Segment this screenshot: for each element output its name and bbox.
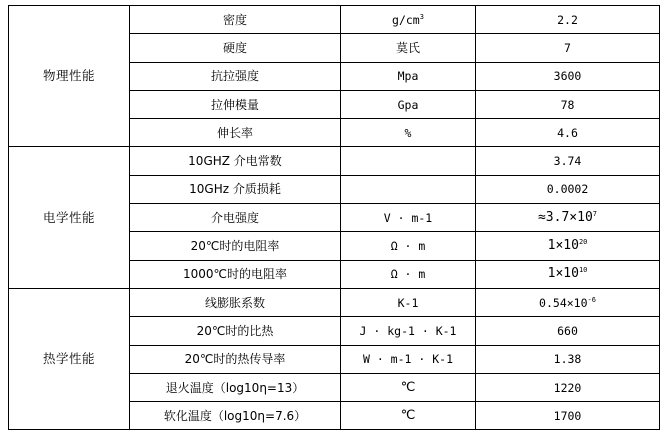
- value-text: 1.38: [554, 352, 582, 366]
- value-cell: 1220: [476, 373, 660, 401]
- value-text: 1×10: [548, 266, 579, 281]
- property-cell: 线膨胀系数: [130, 288, 341, 316]
- value-cell: 1×1020: [476, 232, 660, 260]
- value-cell: 7: [476, 34, 660, 62]
- unit-text: ℃: [401, 380, 416, 395]
- value-text: ≈3.7×10: [538, 210, 593, 225]
- value-text: 0.0002: [547, 182, 589, 196]
- unit-text: 莫氏: [396, 41, 420, 55]
- property-cell: 伸长率: [130, 119, 341, 147]
- unit-text: Ω · m: [391, 239, 426, 253]
- unit-cell: g/cm3: [341, 6, 476, 34]
- unit-cell: Gpa: [341, 90, 476, 118]
- value-cell: 1700: [476, 402, 660, 430]
- value-cell: 0.54×10-6: [476, 288, 660, 316]
- value-text: 1×10: [548, 238, 579, 253]
- unit-cell: [341, 175, 476, 203]
- value-text: 1220: [554, 381, 582, 395]
- unit-cell: 莫氏: [341, 34, 476, 62]
- value-text: 3.74: [554, 154, 582, 168]
- value-text: 4.6: [557, 126, 578, 140]
- unit-cell: W · m-1 · K-1: [341, 345, 476, 373]
- property-cell: 20℃时的比热: [130, 317, 341, 345]
- property-cell: 硬度: [130, 34, 341, 62]
- unit-text: Ω · m: [391, 267, 426, 281]
- value-text: 7: [564, 41, 571, 55]
- property-cell: 介电强度: [130, 204, 341, 232]
- value-cell: 1×1010: [476, 260, 660, 288]
- unit-cell: ℃: [341, 402, 476, 430]
- unit-cell: Ω · m: [341, 232, 476, 260]
- table-row: 物理性能 密度 g/cm3 2.2: [9, 6, 660, 34]
- value-superscript: -6: [588, 296, 596, 304]
- property-cell: 密度: [130, 6, 341, 34]
- property-cell: 10GHZ 介电常数: [130, 147, 341, 175]
- group-label-electrical: 电学性能: [9, 147, 130, 288]
- value-cell: 78: [476, 90, 660, 118]
- unit-text: Mpa: [398, 69, 419, 83]
- unit-text: ℃: [401, 408, 416, 423]
- value-text: 2.2: [557, 13, 578, 27]
- properties-table: 物理性能 密度 g/cm3 2.2 硬度 莫氏 7 抗拉强度 Mpa 3600 …: [8, 5, 660, 430]
- value-cell: 4.6: [476, 119, 660, 147]
- value-text: 1700: [554, 409, 582, 423]
- property-cell: 20℃时的热传导率: [130, 345, 341, 373]
- value-text: 660: [557, 324, 578, 338]
- value-superscript: 10: [579, 266, 587, 274]
- unit-text: V · m-1: [384, 211, 432, 225]
- unit-cell: K-1: [341, 288, 476, 316]
- value-cell: 2.2: [476, 6, 660, 34]
- property-cell: 软化温度（log10η=7.6）: [130, 402, 341, 430]
- value-cell: 3600: [476, 62, 660, 90]
- unit-cell: ℃: [341, 373, 476, 401]
- value-cell: 1.38: [476, 345, 660, 373]
- unit-superscript: 3: [420, 13, 424, 21]
- unit-cell: %: [341, 119, 476, 147]
- value-text: 3600: [554, 69, 582, 83]
- unit-cell: J · kg-1 · K-1: [341, 317, 476, 345]
- value-cell: 3.74: [476, 147, 660, 175]
- property-cell: 退火温度（log10η=13）: [130, 373, 341, 401]
- property-cell: 10GHz 介质损耗: [130, 175, 341, 203]
- value-cell: 660: [476, 317, 660, 345]
- unit-text: J · kg-1 · K-1: [360, 324, 457, 338]
- unit-text: W · m-1 · K-1: [363, 352, 453, 366]
- unit-text: K-1: [398, 296, 419, 310]
- unit-cell: V · m-1: [341, 204, 476, 232]
- unit-cell: [341, 147, 476, 175]
- property-cell: 拉伸模量: [130, 90, 341, 118]
- unit-cell: Mpa: [341, 62, 476, 90]
- unit-text: %: [405, 126, 412, 140]
- table-row: 热学性能 线膨胀系数 K-1 0.54×10-6: [9, 288, 660, 316]
- value-superscript: 20: [579, 238, 587, 246]
- value-cell: 0.0002: [476, 175, 660, 203]
- unit-cell: Ω · m: [341, 260, 476, 288]
- unit-text: g/cm: [392, 13, 420, 27]
- group-label-physical: 物理性能: [9, 6, 130, 147]
- group-label-thermal: 热学性能: [9, 288, 130, 429]
- unit-text: Gpa: [398, 98, 419, 112]
- property-cell: 1000℃时的电阻率: [130, 260, 341, 288]
- value-text: 78: [561, 98, 575, 112]
- value-text: 0.54×10: [539, 296, 587, 310]
- table-row: 电学性能 10GHZ 介电常数 3.74: [9, 147, 660, 175]
- property-cell: 20℃时的电阻率: [130, 232, 341, 260]
- property-cell: 抗拉强度: [130, 62, 341, 90]
- value-superscript: 7: [593, 210, 597, 218]
- value-cell: ≈3.7×107: [476, 204, 660, 232]
